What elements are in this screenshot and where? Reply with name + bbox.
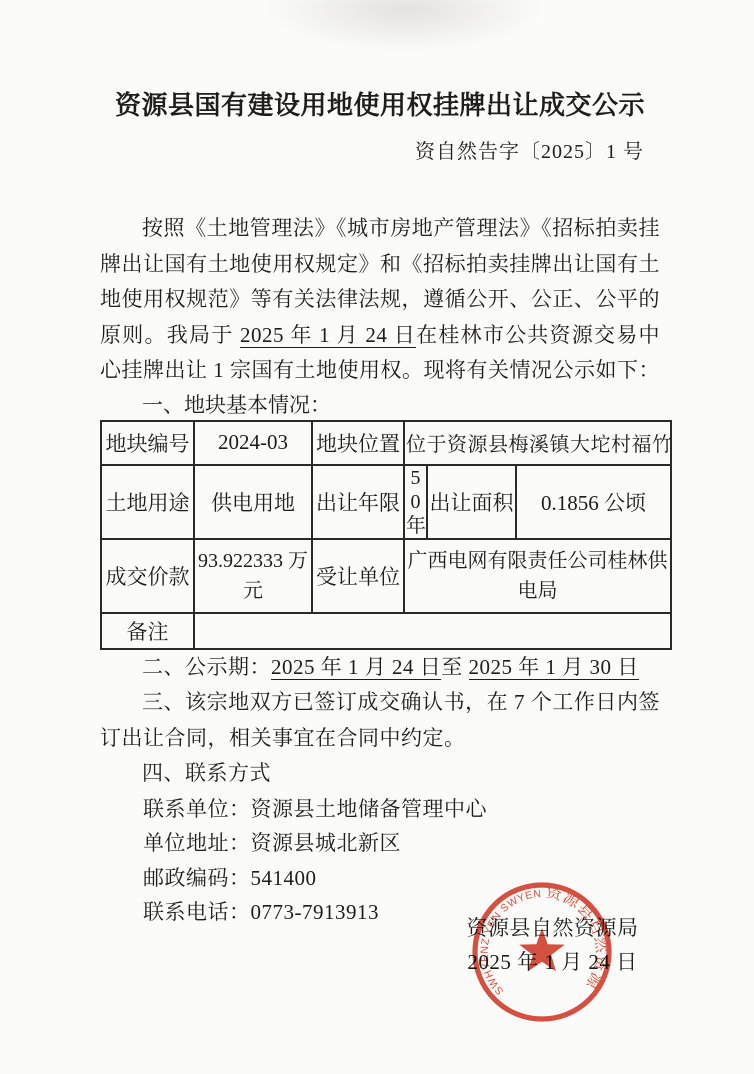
cell-price: 93.922333 万元: [194, 539, 312, 613]
section1-heading: 一、地块基本情况：: [100, 393, 660, 417]
document-content: 资源县国有建设用地使用权挂牌出让成交公示 资自然告字〔2025〕1 号 按照《土…: [100, 0, 660, 930]
section2-publicity-period: 二、公示期：2025 年 1 月 24 日至 2025 年 1 月 30 日: [100, 650, 660, 686]
contact-value: 资源县土地储备管理中心: [251, 797, 488, 821]
cell-plot-number: 2024-03: [194, 421, 312, 465]
contact-row: 联系单位：资源县土地储备管理中心: [143, 792, 660, 827]
contact-label: 联系单位：: [143, 797, 251, 821]
section4-heading: 四、联系方式: [100, 756, 660, 792]
signature-date: 2025 年 1 月 24 日: [440, 946, 665, 980]
table-row: 土地用途 供电用地 出让年限 50年 出让面积 0.1856 公顷: [101, 465, 671, 539]
contact-label: 单位地址：: [143, 831, 251, 855]
cell-area-label: 出让面积: [427, 465, 516, 539]
section3-paragraph: 三、该宗地双方已签订成交确认书，在 7 个工作日内签订出让合同，相关事宜在合同中…: [100, 685, 660, 756]
land-parcel-table: 地块编号 2024-03 地块位置 位于资源县梅溪镇大坨村福竹 土地用途 供电用…: [100, 420, 672, 650]
section2-connector: 至: [441, 655, 468, 679]
intro-underlined-date: 2025 年 1 月 24 日: [240, 323, 416, 348]
cell-term-label: 出让年限: [312, 465, 404, 539]
cell-remarks: [194, 613, 671, 649]
intro-paragraph: 按照《土地管理法》《城市房地产管理法》《招标拍卖挂牌出让国有土地使用权规定》和《…: [100, 211, 660, 389]
cell-remarks-label: 备注: [101, 613, 194, 649]
cell-location-label: 地块位置: [312, 421, 404, 465]
document-title: 资源县国有建设用地使用权挂牌出让成交公示: [100, 86, 660, 126]
section2-date-to: 2025 年 1 月 30 日: [469, 655, 639, 680]
cell-land-use: 供电用地: [194, 465, 312, 539]
contact-value: 资源县城北新区: [251, 831, 402, 855]
cell-transferee: 广西电网有限责任公司桂林供电局: [404, 539, 671, 613]
section2-prefix: 二、公示期：: [142, 655, 271, 679]
contact-label: 邮政编码：: [143, 866, 251, 890]
cell-location: 位于资源县梅溪镇大坨村福竹: [404, 421, 671, 465]
cell-price-label: 成交价款: [101, 539, 194, 613]
signature-block: 资源县自然资源局 2025 年 1 月 24 日: [440, 912, 665, 979]
contact-value: 541400: [251, 866, 317, 890]
table-row: 成交价款 93.922333 万元 受让单位 广西电网有限责任公司桂林供电局: [101, 539, 671, 613]
doc-number: 资自然告字〔2025〕1 号: [100, 135, 660, 164]
contact-row: 单位地址：资源县城北新区: [143, 826, 660, 861]
cell-transferee-label: 受让单位: [312, 539, 404, 613]
signature-org: 资源县自然资源局: [440, 912, 665, 946]
table-row: 地块编号 2024-03 地块位置 位于资源县梅溪镇大坨村福竹: [101, 421, 671, 465]
contact-row: 邮政编码：541400: [143, 861, 660, 896]
contact-label: 联系电话：: [143, 900, 251, 924]
cell-area: 0.1856 公顷: [516, 465, 671, 539]
cell-land-use-label: 土地用途: [101, 465, 194, 539]
contact-list: 联系单位：资源县土地储备管理中心 单位地址：资源县城北新区 邮政编码：54140…: [100, 792, 660, 930]
contact-value: 0773-7913913: [251, 900, 380, 924]
section2-date-from: 2025 年 1 月 24 日: [271, 655, 441, 680]
cell-plot-number-label: 地块编号: [101, 421, 194, 465]
document-page: 资源县国有建设用地使用权挂牌出让成交公示 资自然告字〔2025〕1 号 按照《土…: [0, 0, 754, 1074]
cell-term: 50年: [404, 465, 427, 539]
table-row: 备注: [101, 613, 671, 649]
